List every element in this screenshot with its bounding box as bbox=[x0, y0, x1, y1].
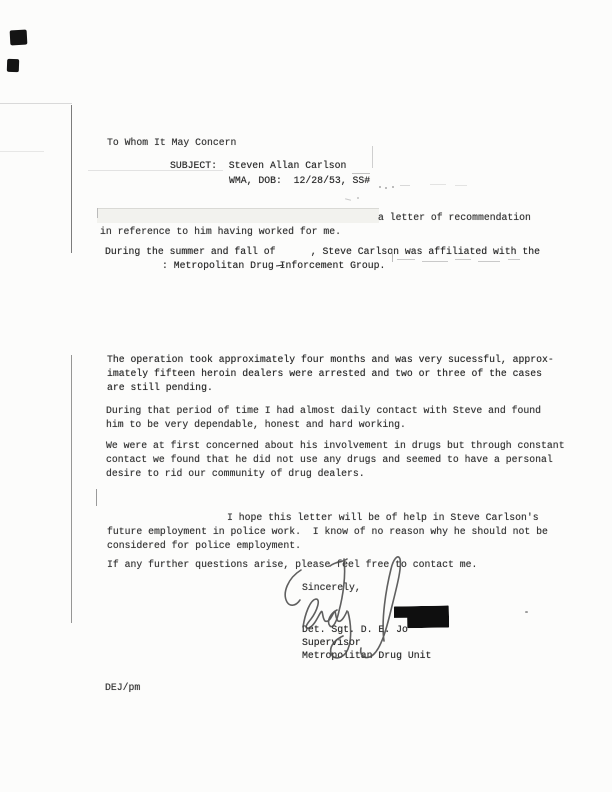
erased-digit-dot bbox=[379, 186, 381, 188]
body-line: During the summer and fall of , Steve Ca… bbox=[105, 246, 540, 258]
body-line: contact we found that he did not use any… bbox=[106, 454, 553, 466]
whiteout-strip-artifact bbox=[97, 208, 379, 223]
erased-text-artifact bbox=[455, 259, 471, 260]
erased-text-artifact bbox=[508, 259, 520, 260]
erased-digit-dash bbox=[455, 185, 467, 186]
salutation: To Whom It May Concern bbox=[107, 137, 236, 149]
scanned-letter-page: { "colors": { "paper": "#fcfcfb", "ink":… bbox=[0, 0, 612, 792]
body-line: desire to rid our community of drug deal… bbox=[106, 468, 365, 480]
corner-blot-artifact bbox=[10, 30, 28, 46]
body-line: future employment in police work. I know… bbox=[107, 526, 548, 538]
erased-digit-dot bbox=[392, 186, 394, 188]
scratch-artifact bbox=[372, 146, 373, 168]
erased-text-artifact bbox=[392, 249, 393, 262]
body-line: : Metropolitan Drug Inforcement Group. bbox=[162, 260, 385, 272]
speck-artifact bbox=[345, 198, 351, 201]
reference-initials: DEJ/pm bbox=[105, 682, 140, 694]
erased-text-artifact bbox=[422, 261, 448, 262]
erased-digit-dot bbox=[385, 187, 387, 189]
body-line: a letter of recommendation bbox=[378, 212, 531, 224]
corner-blot-artifact bbox=[7, 59, 19, 72]
erased-text-artifact bbox=[397, 259, 415, 260]
erased-text-artifact bbox=[478, 261, 500, 262]
body-line: During that period of time I had almost … bbox=[106, 405, 541, 417]
subject-line: SUBJECT: Steven Allan Carlson bbox=[170, 160, 346, 172]
whiteout-edge-artifact bbox=[97, 208, 98, 218]
handwritten-signature bbox=[270, 548, 410, 668]
erased-digit-dash bbox=[430, 184, 446, 185]
crease-line-artifact bbox=[0, 151, 44, 152]
body-line: in reference to him having worked for me… bbox=[100, 226, 341, 238]
body-line: imately fifteen heroin dealers were arre… bbox=[107, 368, 542, 380]
tick-artifact bbox=[96, 489, 97, 506]
subject-details-line: WMA, DOB: 12/28/53, SS# bbox=[229, 175, 370, 187]
fold-line-artifact bbox=[71, 105, 72, 253]
fold-line-artifact bbox=[71, 355, 72, 623]
erased-digit-dash bbox=[400, 185, 410, 186]
body-line: him to be very dependable, honest and ha… bbox=[106, 419, 406, 431]
speck-artifact bbox=[525, 611, 528, 613]
body-line: are still pending. bbox=[107, 382, 213, 394]
body-line: We were at first concerned about his inv… bbox=[106, 440, 565, 452]
crease-line-artifact bbox=[0, 103, 72, 104]
body-line: The operation took approximately four mo… bbox=[107, 354, 554, 366]
speck-artifact bbox=[357, 197, 359, 199]
body-line: I hope this letter will be of help in St… bbox=[227, 512, 539, 524]
overstrike-artifact bbox=[352, 173, 370, 174]
